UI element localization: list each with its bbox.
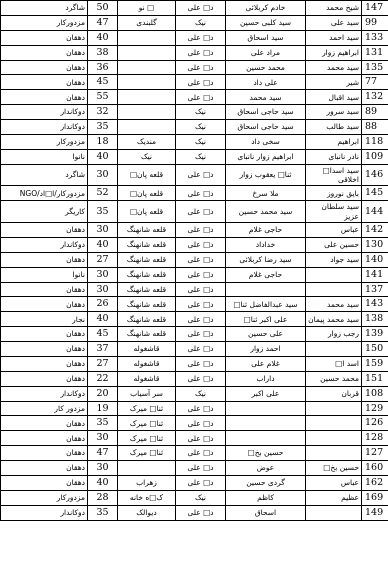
cell-father: ثنا□ یعقوب زوار — [226, 164, 306, 186]
cell-age: 40 — [88, 237, 118, 252]
cell-father: عوض — [226, 461, 306, 476]
cell-age: 30 — [88, 282, 118, 297]
cell-id: 130 — [362, 237, 388, 252]
roster-table: 147شیخ محمدخادم کربلائید□ علی□ نو50شاگرد… — [0, 0, 388, 521]
table-row: 142عباسحاجی غلامد□ علیقلعه شانهنگ30دهقان — [1, 223, 388, 238]
cell-village: د□ علی — [176, 60, 226, 75]
table-row: 149اسحاقد□ علیدیوالک35دوکاندار — [1, 505, 388, 520]
table-row: 144سید سلطان عزیزسید محمد حسیند□ علیقلعه… — [1, 201, 388, 223]
cell-age: 36 — [88, 60, 118, 75]
cell-name: ابراهیم زوار — [306, 45, 362, 60]
cell-village: د□ علی — [176, 461, 226, 476]
cell-age: 27 — [88, 252, 118, 267]
cell-father: غلام علی — [226, 356, 306, 371]
cell-age: 22 — [88, 371, 118, 386]
cell-village2 — [118, 461, 176, 476]
cell-job: مزدور کار — [1, 401, 88, 416]
cell-village: د□ علی — [176, 164, 226, 186]
cell-job: دهقان — [1, 45, 88, 60]
cell-village2: □ نو — [118, 1, 176, 16]
cell-id: 118 — [362, 134, 388, 149]
cell-id: 147 — [362, 1, 388, 16]
cell-father: سید محمد حسین — [226, 201, 306, 223]
cell-father: علی حسین — [226, 327, 306, 342]
cell-father: گردی حسین — [226, 475, 306, 490]
cell-village: نیک — [176, 149, 226, 164]
cell-name — [306, 267, 362, 282]
cell-name: شیر — [306, 75, 362, 90]
cell-job: دهقان — [1, 446, 88, 461]
cell-job: دوکاندار — [1, 105, 88, 120]
cell-job: شاگرد — [1, 164, 88, 186]
cell-village2: قلعه شانهنگ — [118, 252, 176, 267]
cell-village: نیک — [176, 134, 226, 149]
cell-village2 — [118, 120, 176, 135]
cell-village2: قاشغوله — [118, 371, 176, 386]
cell-age: 55 — [88, 90, 118, 105]
cell-age: 37 — [88, 342, 118, 357]
table-row: 89سید سرورسید حاجی اسحاقنیک32دوکاندار — [1, 105, 388, 120]
cell-name: عباس — [306, 475, 362, 490]
cell-village: د□ علی — [176, 186, 226, 201]
cell-father: سید حاجی اسحاق — [226, 105, 306, 120]
cell-village2: ک□ه خانه — [118, 490, 176, 505]
cell-village2: قاشغوله — [118, 342, 176, 357]
cell-village: د□ علی — [176, 371, 226, 386]
table-row: 141حاجی غلامد□ علیقلعه شانهنگ30نانوا — [1, 267, 388, 282]
cell-village2: قلعه شانهنگ — [118, 237, 176, 252]
cell-father: سید حاجی اسحاق — [226, 120, 306, 135]
cell-village: د□ علی — [176, 416, 226, 431]
table-row: 151محمد حسیندارابد□ علیقاشغوله22دهقان — [1, 371, 388, 386]
table-row: 162عباسگردی حسیند□ علیزهراب40دهقان — [1, 475, 388, 490]
cell-name — [306, 282, 362, 297]
cell-age: 40 — [88, 475, 118, 490]
table-row: 109نادر نانبایابراهیم زوار نانباینیکنیک4… — [1, 149, 388, 164]
cell-age: 47 — [88, 15, 118, 30]
table-row: 129د□ علیثنا□ میرک19مزدور کار — [1, 401, 388, 416]
cell-id: 108 — [362, 386, 388, 401]
cell-name: محمد حسین — [306, 371, 362, 386]
cell-name: ابراهیم — [306, 134, 362, 149]
cell-name: بایق نوروز — [306, 186, 362, 201]
cell-village: نیک — [176, 15, 226, 30]
cell-village: د□ علی — [176, 342, 226, 357]
cell-village2 — [118, 105, 176, 120]
cell-age: 30 — [88, 164, 118, 186]
table-row: 133سید احمدسید اسحاقد□ علی40دهقان — [1, 30, 388, 45]
cell-village2 — [118, 45, 176, 60]
cell-age: 20 — [88, 386, 118, 401]
cell-id: 160 — [362, 461, 388, 476]
cell-name — [306, 446, 362, 461]
cell-name: سید طالب — [306, 120, 362, 135]
cell-village: د□ علی — [176, 75, 226, 90]
cell-id: 127 — [362, 446, 388, 461]
cell-id: 150 — [362, 342, 388, 357]
cell-name: سید سلطان عزیز — [306, 201, 362, 223]
cell-name: سید اقبال — [306, 90, 362, 105]
cell-age: 32 — [88, 105, 118, 120]
cell-name: حسین بخ□ — [306, 461, 362, 476]
cell-job: نانوا — [1, 267, 88, 282]
cell-village2: سر آسیاب — [118, 386, 176, 401]
cell-age: 40 — [88, 30, 118, 45]
cell-job: دوکاندار — [1, 120, 88, 135]
cell-job: نجار — [1, 312, 88, 327]
cell-name: نادر نانبای — [306, 149, 362, 164]
table-row: 99سید علیسید کلبی حسیننیکگلبندی47مزدورکا… — [1, 15, 388, 30]
cell-village: نیک — [176, 490, 226, 505]
cell-age: 50 — [88, 1, 118, 16]
cell-village: د□ علی — [176, 282, 226, 297]
cell-village2 — [118, 60, 176, 75]
cell-id: 133 — [362, 30, 388, 45]
cell-village: د□ علی — [176, 45, 226, 60]
cell-father: اسحاق — [226, 505, 306, 520]
cell-name: رجب زوار — [306, 327, 362, 342]
cell-age: 26 — [88, 297, 118, 312]
cell-father: سید رضا کربلائی — [226, 252, 306, 267]
cell-job: مزدورکار — [1, 15, 88, 30]
cell-village: د□ علی — [176, 431, 226, 446]
cell-father: علی داد — [226, 75, 306, 90]
cell-name: اسد ا□ — [306, 356, 362, 371]
cell-name — [306, 416, 362, 431]
table-row: 130حسین علیخدادادد□ علیقلعه شانهنگ40دوکا… — [1, 237, 388, 252]
table-row: 138سید محمد پیمانعلی اکبر ثنا□د□ علیقلعه… — [1, 312, 388, 327]
cell-age: 30 — [88, 223, 118, 238]
cell-father: سید عبدالفاضل ثنا□ — [226, 297, 306, 312]
table-row: 108قربانعلی اکبرنیکسر آسیاب20دوکاندار — [1, 386, 388, 401]
cell-name: سید محمد — [306, 297, 362, 312]
cell-village: د□ علی — [176, 327, 226, 342]
cell-name: سید جواد — [306, 252, 362, 267]
cell-name: سید سرور — [306, 105, 362, 120]
cell-village: د□ علی — [176, 237, 226, 252]
cell-village2: قلعه شانهنگ — [118, 267, 176, 282]
cell-job: دهقان — [1, 30, 88, 45]
cell-name: قربان — [306, 386, 362, 401]
cell-id: 128 — [362, 431, 388, 446]
table-row: 140سید جوادسید رضا کربلائید□ علیقلعه شان… — [1, 252, 388, 267]
cell-village2: قلعه پان□ — [118, 164, 176, 186]
cell-age: 27 — [88, 356, 118, 371]
cell-village2: قلعه شانهنگ — [118, 223, 176, 238]
cell-name — [306, 342, 362, 357]
cell-job: مزدورکار — [1, 490, 88, 505]
cell-name: عظیم — [306, 490, 362, 505]
cell-age: 35 — [88, 416, 118, 431]
cell-father: حاجی غلام — [226, 267, 306, 282]
cell-age: 40 — [88, 312, 118, 327]
cell-village2: ثنا□ میرک — [118, 401, 176, 416]
cell-father: حسین بخ□ — [226, 446, 306, 461]
cell-id: 169 — [362, 490, 388, 505]
table-row: 77شیرعلی دادد□ علی45دهقان — [1, 75, 388, 90]
cell-job: دوکاندار — [1, 505, 88, 520]
cell-village: د□ علی — [176, 356, 226, 371]
cell-id: 129 — [362, 401, 388, 416]
cell-village2: مندیک — [118, 134, 176, 149]
cell-father: سید کلبی حسین — [226, 15, 306, 30]
cell-village: د□ علی — [176, 446, 226, 461]
cell-father: مراد علی — [226, 45, 306, 60]
cell-village2: ثنا□ میرک — [118, 446, 176, 461]
cell-father: علی اکبر ثنا□ — [226, 312, 306, 327]
cell-job: دهقان — [1, 282, 88, 297]
cell-village2: نیک — [118, 149, 176, 164]
cell-father — [226, 401, 306, 416]
roster-table-body: 147شیخ محمدخادم کربلائید□ علی□ نو50شاگرد… — [1, 1, 388, 521]
cell-village2: دیوالک — [118, 505, 176, 520]
cell-age: 40 — [88, 149, 118, 164]
cell-village: نیک — [176, 105, 226, 120]
cell-village2: قلعه شانهنگ — [118, 327, 176, 342]
cell-father: ابراهیم زوار نانبای — [226, 149, 306, 164]
cell-job: نانوا — [1, 149, 88, 164]
cell-age: 35 — [88, 120, 118, 135]
cell-village2 — [118, 90, 176, 105]
cell-name — [306, 401, 362, 416]
cell-village2: ثنا□ میرک — [118, 416, 176, 431]
cell-name: سید محمد پیمان — [306, 312, 362, 327]
cell-name: سید محمد — [306, 60, 362, 75]
cell-id: 109 — [362, 149, 388, 164]
table-row: 143سید محمدسید عبدالفاضل ثنا□د□ علیقلعه … — [1, 297, 388, 312]
table-row: 137د□ علیقلعه شانهنگ30دهقان — [1, 282, 388, 297]
cell-father: داراب — [226, 371, 306, 386]
cell-job: دهقان — [1, 297, 88, 312]
cell-age: 45 — [88, 327, 118, 342]
cell-father: احمد زوار — [226, 342, 306, 357]
cell-village2 — [118, 75, 176, 90]
cell-name — [306, 505, 362, 520]
cell-id: 139 — [362, 327, 388, 342]
cell-village: د□ علی — [176, 312, 226, 327]
cell-name: عباس — [306, 223, 362, 238]
cell-age: 45 — [88, 75, 118, 90]
cell-id: 99 — [362, 15, 388, 30]
cell-id: 89 — [362, 105, 388, 120]
table-row: 160حسین بخ□عوضد□ علی30دهقان — [1, 461, 388, 476]
cell-age: 28 — [88, 490, 118, 505]
cell-job: دوکاندار — [1, 386, 88, 401]
table-row: 169عظیمکاظمنیکک□ه خانه28مزدورکار — [1, 490, 388, 505]
cell-name: حسین علی — [306, 237, 362, 252]
cell-father — [226, 282, 306, 297]
cell-father: علی اکبر — [226, 386, 306, 401]
table-row: 147شیخ محمدخادم کربلائید□ علی□ نو50شاگرد — [1, 1, 388, 16]
cell-father — [226, 416, 306, 431]
cell-id: 159 — [362, 356, 388, 371]
table-row: 118ابراهیمسخی دادنیکمندیک18مزدورکار — [1, 134, 388, 149]
cell-village2: ثنا□ میرک — [118, 431, 176, 446]
table-row: 159اسد ا□غلام علید□ علیقاشغوله27دهقان — [1, 356, 388, 371]
cell-job: دهقان — [1, 90, 88, 105]
cell-father: ملا سرخ — [226, 186, 306, 201]
cell-age: 30 — [88, 267, 118, 282]
cell-id: 140 — [362, 252, 388, 267]
cell-village: نیک — [176, 120, 226, 135]
cell-job: دهقان — [1, 60, 88, 75]
table-row: 139رجب زوارعلی حسیند□ علیقلعه شانهنگ45ده… — [1, 327, 388, 342]
cell-id: 151 — [362, 371, 388, 386]
cell-job: شاگرد — [1, 1, 88, 16]
cell-father: محمد حسین — [226, 60, 306, 75]
cell-id: 142 — [362, 223, 388, 238]
cell-id: 88 — [362, 120, 388, 135]
cell-id: 131 — [362, 45, 388, 60]
cell-id: 135 — [362, 60, 388, 75]
cell-id: 138 — [362, 312, 388, 327]
cell-village2: زهراب — [118, 475, 176, 490]
cell-age: 35 — [88, 201, 118, 223]
table-row: 145بایق نوروزملا سرخد□ علیقلعه پان□52مزد… — [1, 186, 388, 201]
cell-father: سید اسحاق — [226, 30, 306, 45]
cell-village2: قلعه پان□ — [118, 186, 176, 201]
cell-village2 — [118, 30, 176, 45]
cell-village: د□ علی — [176, 30, 226, 45]
cell-village2: قاشغوله — [118, 356, 176, 371]
table-row: 88سید طالبسید حاجی اسحاقنیک35دوکاندار — [1, 120, 388, 135]
cell-village: د□ علی — [176, 252, 226, 267]
cell-job: دهقان — [1, 475, 88, 490]
cell-age: 52 — [88, 186, 118, 201]
cell-father: کاظم — [226, 490, 306, 505]
cell-id: 145 — [362, 186, 388, 201]
cell-village: د□ علی — [176, 201, 226, 223]
cell-village: د□ علی — [176, 475, 226, 490]
cell-job: مزدورکار — [1, 134, 88, 149]
cell-village: د□ علی — [176, 297, 226, 312]
cell-name: سید علی — [306, 15, 362, 30]
cell-village: د□ علی — [176, 505, 226, 520]
cell-id: 132 — [362, 90, 388, 105]
cell-village: نیک — [176, 386, 226, 401]
cell-father: خداداد — [226, 237, 306, 252]
table-row: 135سید محمدمحمد حسیند□ علی36دهقان — [1, 60, 388, 75]
cell-village2: قلعه پان□ — [118, 201, 176, 223]
cell-father: خادم کربلائی — [226, 1, 306, 16]
cell-village2: گلبندی — [118, 15, 176, 30]
cell-id: 146 — [362, 164, 388, 186]
cell-id: 77 — [362, 75, 388, 90]
cell-village2: قلعه شانهنگ — [118, 297, 176, 312]
cell-name: سید احمد — [306, 30, 362, 45]
cell-id: 144 — [362, 201, 388, 223]
cell-age: 47 — [88, 446, 118, 461]
cell-job: دهقان — [1, 327, 88, 342]
cell-village2: قلعه شانهنگ — [118, 282, 176, 297]
cell-age: 18 — [88, 134, 118, 149]
cell-id: 162 — [362, 475, 388, 490]
cell-name: سید اسدا□ اخلاقی — [306, 164, 362, 186]
cell-job: دهقان — [1, 75, 88, 90]
cell-father: حاجی غلام — [226, 223, 306, 238]
cell-village: د□ علی — [176, 223, 226, 238]
table-row: 150احمد زوارد□ علیقاشغوله37دهقان — [1, 342, 388, 357]
cell-job: مزدورکار/ا□اد/NGO — [1, 186, 88, 201]
cell-job: دهقان — [1, 416, 88, 431]
cell-job: کاریگر — [1, 201, 88, 223]
cell-job: دهقان — [1, 252, 88, 267]
cell-id: 141 — [362, 267, 388, 282]
cell-job: دوکاندار — [1, 237, 88, 252]
cell-father — [226, 431, 306, 446]
cell-job: دهقان — [1, 431, 88, 446]
table-row: 132سید اقبالسید محمدد□ علی55دهقان — [1, 90, 388, 105]
cell-age: 35 — [88, 505, 118, 520]
cell-father: سید محمد — [226, 90, 306, 105]
table-row: 127حسین بخ□د□ علیثنا□ میرک47دهقان — [1, 446, 388, 461]
table-row: 128د□ علیثنا□ میرک30دهقان — [1, 431, 388, 446]
table-row: 126د□ علیثنا□ میرک35دهقان — [1, 416, 388, 431]
cell-job: دهقان — [1, 342, 88, 357]
cell-id: 143 — [362, 297, 388, 312]
cell-village: د□ علی — [176, 1, 226, 16]
cell-village: د□ علی — [176, 401, 226, 416]
cell-id: 137 — [362, 282, 388, 297]
table-row: 146سید اسدا□ اخلاقیثنا□ یعقوب زوارد□ علی… — [1, 164, 388, 186]
cell-village: د□ علی — [176, 90, 226, 105]
cell-age: 30 — [88, 431, 118, 446]
cell-job: دهقان — [1, 371, 88, 386]
cell-village: د□ علی — [176, 267, 226, 282]
cell-id: 126 — [362, 416, 388, 431]
cell-village2: قلعه شانهنگ — [118, 312, 176, 327]
cell-age: 30 — [88, 461, 118, 476]
cell-name: شیخ محمد — [306, 1, 362, 16]
cell-age: 19 — [88, 401, 118, 416]
table-row: 131ابراهیم زوارمراد علید□ علی38دهقان — [1, 45, 388, 60]
cell-father: سخی داد — [226, 134, 306, 149]
cell-job: دهقان — [1, 356, 88, 371]
cell-age: 38 — [88, 45, 118, 60]
cell-job: دهقان — [1, 461, 88, 476]
cell-id: 149 — [362, 505, 388, 520]
cell-job: دهقان — [1, 223, 88, 238]
cell-name — [306, 431, 362, 446]
